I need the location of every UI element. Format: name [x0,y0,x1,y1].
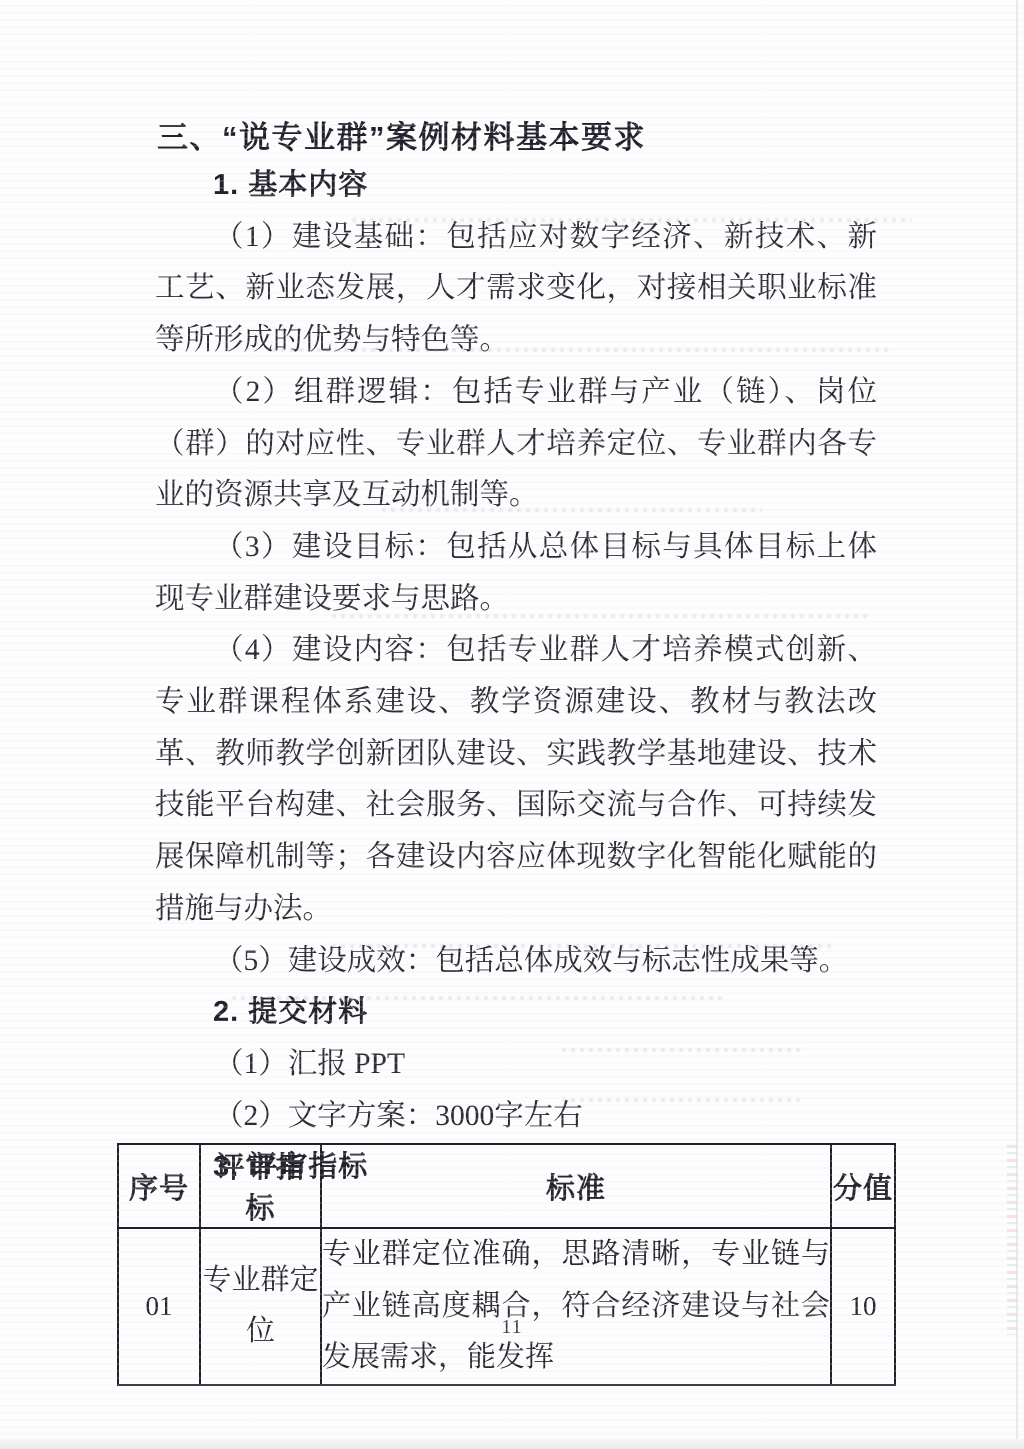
paragraph-building-content: （4）建设内容：包括专业群人才培养模式创新、专业群课程体系建设、教学资源建设、教… [155,625,877,935]
cell-indicator: 专业群定位 [200,1228,321,1385]
column-header-standard: 标准 [321,1144,831,1228]
table-row: 01 专业群定位 专业群定位准确，思路清晰，专业链与产业链高度耦合，符合经济建设… [118,1228,895,1385]
paragraph-grouping-logic: （2）组群逻辑：包括专业群与产业（链）、岗位（群）的对应性、专业群人才培养定位、… [155,367,877,522]
section-2-heading: 2. 提交材料 [155,987,877,1039]
bleedthrough-artifact [272,348,892,352]
scan-color-artifact [1007,1145,1017,1335]
column-header-indicator: 评审指标 [200,1144,321,1228]
section-1-heading: 1. 基本内容 [155,160,877,212]
submission-item-ppt: （1）汇报 PPT [155,1039,877,1091]
bleedthrough-artifact [352,218,912,222]
paragraph-building-goals: （3）建设目标：包括从总体目标与具体目标上体现专业群建设要求与思路。 [155,522,877,625]
cell-row-number: 01 [118,1228,200,1385]
bleedthrough-artifact [562,1048,802,1052]
document-body: 1. 基本内容 （1）建设基础：包括应对数字经济、新技术、新工艺、新业态发展，人… [155,160,877,1194]
paragraph-building-basis: （1）建设基础：包括应对数字经济、新技术、新工艺、新业态发展，人才需求变化，对接… [155,212,877,367]
cell-score: 10 [831,1228,895,1385]
document-page: 三、“说专业群”案例材料基本要求 1. 基本内容 （1）建设基础：包括应对数字经… [0,0,1024,1449]
table-header-row: 序号 评审指标 标准 分值 [118,1144,895,1228]
page-number: 11 [0,1316,1024,1339]
column-header-score: 分值 [831,1144,895,1228]
scan-bottom-edge-artifact [0,1439,1024,1449]
document-title: 三、“说专业群”案例材料基本要求 [157,112,646,157]
bleedthrough-artifact [562,1098,802,1102]
bleedthrough-artifact [382,508,762,512]
cell-standard: 专业群定位准确，思路清晰，专业链与产业链高度耦合，符合经济建设与社会发展需求，能… [321,1228,831,1385]
bleedthrough-artifact [332,944,832,948]
bleedthrough-artifact [232,996,722,1000]
column-header-number: 序号 [118,1144,200,1228]
bleedthrough-artifact [332,614,872,618]
review-criteria-table: 序号 评审指标 标准 分值 01 专业群定位 专业群定位准确，思路清晰，专业链与… [117,1143,896,1386]
